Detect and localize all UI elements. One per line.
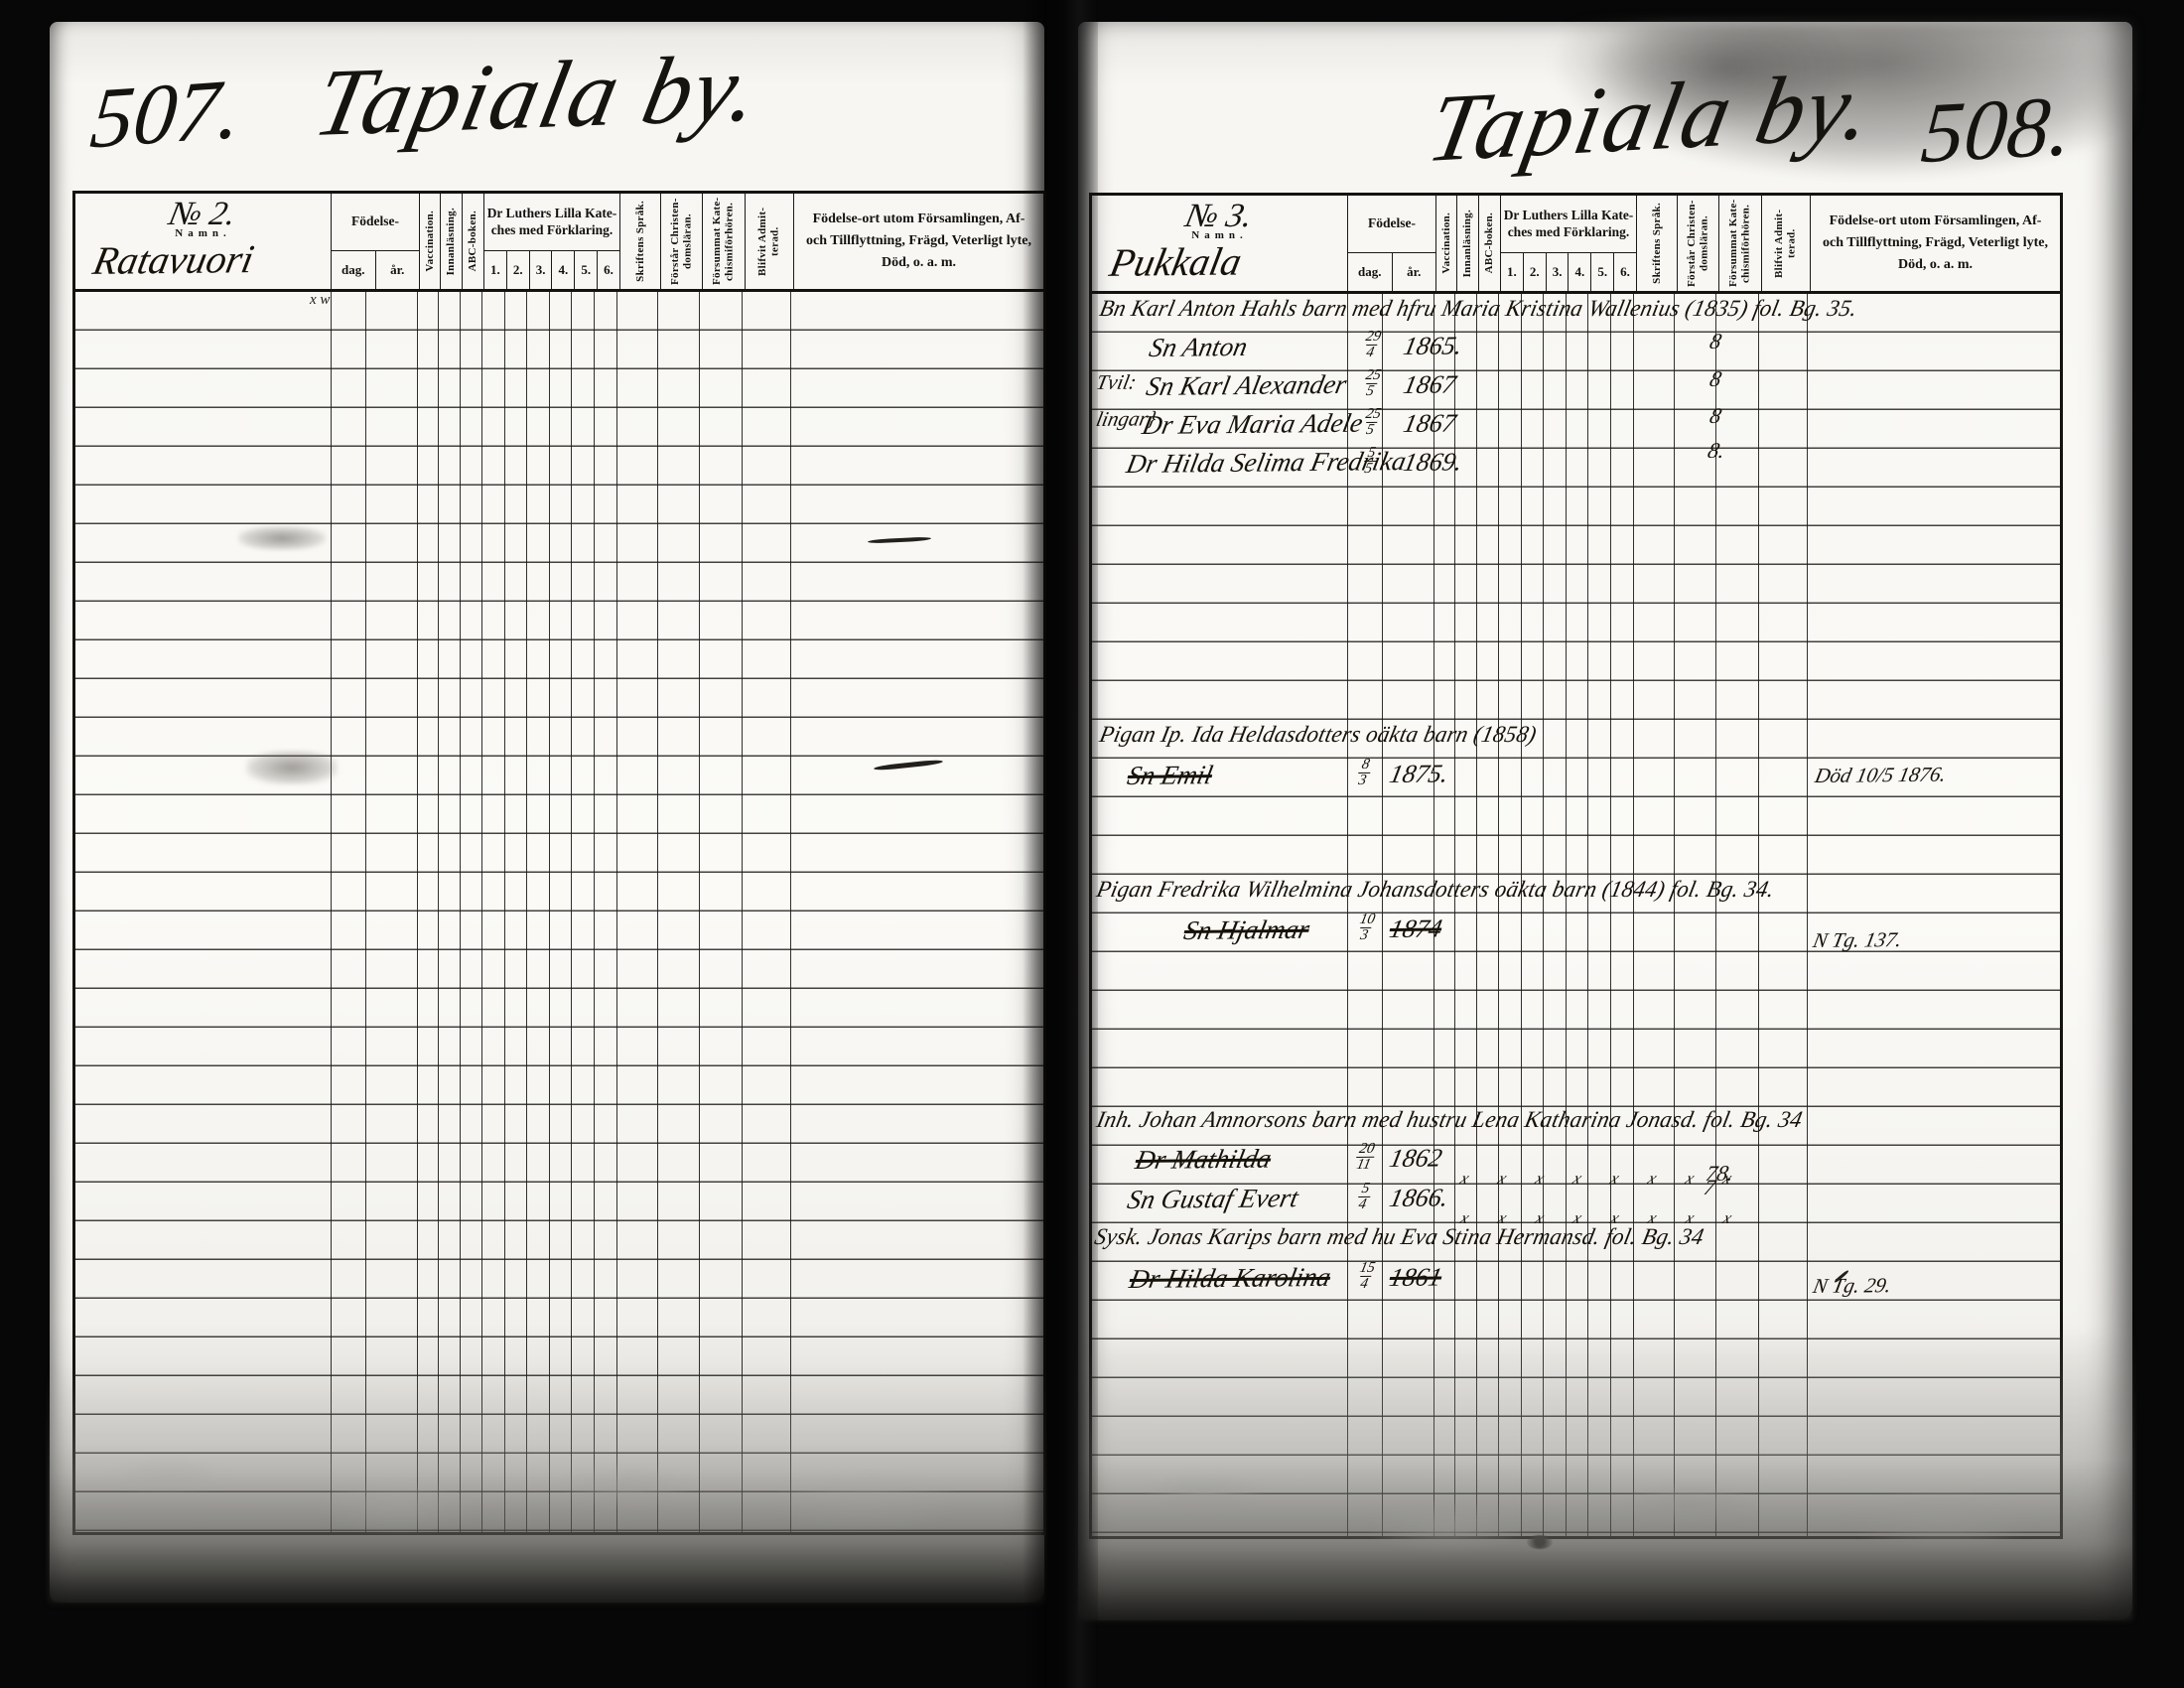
register-table: № 3. Namn. Pukkala Födelse- dag. år. Vac…	[1089, 193, 2063, 1539]
entry-family-header: Pigan Fredrika Wilhelmina Johansdotters …	[1094, 877, 1777, 904]
column-group-fodelse: Födelse- dag. år.	[1348, 196, 1436, 291]
k4-label: 4.	[1569, 253, 1591, 291]
village-name-handwritten: Pukkala	[1092, 237, 1246, 286]
k3-label: 3.	[530, 251, 553, 289]
entry-birth-year: 1865.	[1401, 331, 1465, 361]
page-507: 507. Tapiala by. № 2. Namn. Ratavuori Fö…	[50, 22, 1044, 1603]
column-fodelseort: Födelse-ort utom Församlingen, Af- och T…	[794, 194, 1043, 289]
page-title: Tapiala by.	[1420, 50, 1882, 185]
entry-name-struck: Sn Hjalmar	[1181, 914, 1312, 946]
entry-prefix: Tvil:	[1094, 370, 1139, 395]
column-fodelseort: Födelse-ort utom Församlingen, Af- och T…	[1811, 196, 2060, 291]
book-scan: 507. Tapiala by. № 2. Namn. Ratavuori Fö…	[0, 0, 2184, 1688]
column-innanlasning: Innanläsning.	[441, 194, 463, 289]
entry-family-header: Inh. Johan Amnorsons barn med hustru Len…	[1094, 1107, 1805, 1134]
entry-birth-year: 1866.	[1387, 1183, 1451, 1213]
column-skriftens-sprak: Skriftens Språk.	[620, 194, 661, 289]
entry-name-struck: Dr Mathilda	[1133, 1144, 1274, 1176]
column-forsummat: Försummat Kate-chismiförhören.	[703, 194, 746, 289]
book-gutter-shadow	[1023, 0, 1098, 1688]
k6-label: 6.	[598, 251, 619, 289]
column-forstar: Förstår Christen-domsläran.	[661, 194, 703, 289]
column-blifvit-admitterad: Blifvit Admit-terad.	[746, 194, 794, 289]
k5-label: 5.	[1591, 253, 1614, 291]
column-namn: № 2. Namn. Ratavuori	[75, 194, 332, 289]
k6-label: 6.	[1614, 253, 1636, 291]
column-group-fodelse: Födelse- dag. år.	[332, 194, 420, 289]
entry-family-header: Pigan Ip. Ida Heldasdotters oäkta barn (…	[1097, 722, 1539, 749]
register-table: № 2. Namn. Ratavuori Födelse- dag. år. V…	[72, 191, 1046, 1535]
k5-label: 5.	[575, 251, 598, 289]
entry-name: Dr Eva Maria Adele	[1140, 408, 1365, 441]
household-number: № 3.	[1182, 198, 1256, 235]
entry-name-struck: Dr Hilda Karolina	[1127, 1262, 1333, 1295]
k2-label: 2.	[1524, 253, 1547, 291]
dag-label: dag.	[1348, 253, 1393, 291]
page-508: Tapiala by. 508. № 3. Namn. Pukkala Föde…	[1078, 22, 2132, 1620]
fodelse-label: Födelse-	[332, 194, 419, 251]
entry-transfer-note: N Tg. 137.	[1811, 927, 1904, 953]
k1-label: 1.	[484, 251, 507, 289]
column-namn: № 3. Namn. Pukkala	[1092, 196, 1348, 291]
entry-name: Sn Gustaf Evert	[1125, 1183, 1301, 1215]
entry-birth-year: 1861	[1387, 1262, 1444, 1293]
table-header: № 3. Namn. Pukkala Födelse- dag. år. Vac…	[1092, 196, 2060, 294]
page-title: Tapiala by.	[306, 32, 771, 158]
entry-name: Sn Karl Alexander	[1144, 369, 1349, 402]
entry-family-header: Sysk. Jonas Karips barn med hu Eva Stina…	[1092, 1224, 1706, 1251]
page-number: 507.	[86, 58, 246, 168]
page-number: 508.	[1917, 75, 2075, 183]
entry-name-struck: Sn Emil	[1125, 760, 1215, 791]
column-group-kateches: Dr Luthers Lilla Kate-ches med Förklarin…	[484, 194, 620, 289]
ar-label: år.	[1393, 253, 1436, 291]
entry-name: Sn Anton	[1147, 332, 1250, 363]
column-vaccination: Vaccination.	[1436, 196, 1457, 291]
column-forstar: Förstår Christen-domsläran.	[1678, 196, 1719, 291]
k4-label: 4.	[552, 251, 575, 289]
entry-family-header: Bn Karl Anton Hahls barn med hfru Maria …	[1097, 296, 1859, 323]
village-name-handwritten: Ratavuori	[75, 235, 258, 284]
column-forsummat: Försummat Kate-chismiförhören.	[1719, 196, 1762, 291]
column-innanlasning: Innanläsning.	[1457, 196, 1479, 291]
ar-label: år.	[376, 251, 420, 289]
column-blifvit-admitterad: Blifvit Admit-terad.	[1762, 196, 1811, 291]
entry-birth-year: 1869.	[1401, 447, 1465, 478]
entry-birth-year: 1875.	[1387, 759, 1451, 789]
dag-label: dag.	[332, 251, 376, 289]
fodelse-label: Födelse-	[1348, 196, 1435, 253]
k2-label: 2.	[507, 251, 530, 289]
entry-birth-year: 1867	[1401, 408, 1458, 439]
column-vaccination: Vaccination.	[420, 194, 441, 289]
household-number: № 2.	[166, 196, 239, 233]
entry-death-note: Död 10/5 1876.	[1813, 763, 1949, 788]
entry-birth-year: 1874	[1387, 914, 1444, 944]
column-abc-boken: ABC-boken.	[1479, 196, 1501, 291]
entry-birth-year: 1867	[1401, 369, 1458, 400]
table-body	[75, 292, 1043, 1532]
kateches-label: Dr Luthers Lilla Kate-ches med Förklarin…	[1501, 196, 1636, 253]
k3-label: 3.	[1547, 253, 1570, 291]
column-abc-boken: ABC-boken.	[463, 194, 484, 289]
k1-label: 1.	[1501, 253, 1524, 291]
kateches-label: Dr Luthers Lilla Kate-ches med Förklarin…	[484, 194, 619, 251]
column-group-kateches: Dr Luthers Lilla Kate-ches med Förklarin…	[1501, 196, 1637, 291]
entry-birth-year: 1862	[1387, 1143, 1444, 1174]
column-skriftens-sprak: Skriftens Språk.	[1637, 196, 1678, 291]
entry-transfer-note: N Tg. 29.	[1811, 1273, 1893, 1299]
table-header: № 2. Namn. Ratavuori Födelse- dag. år. V…	[75, 194, 1043, 292]
